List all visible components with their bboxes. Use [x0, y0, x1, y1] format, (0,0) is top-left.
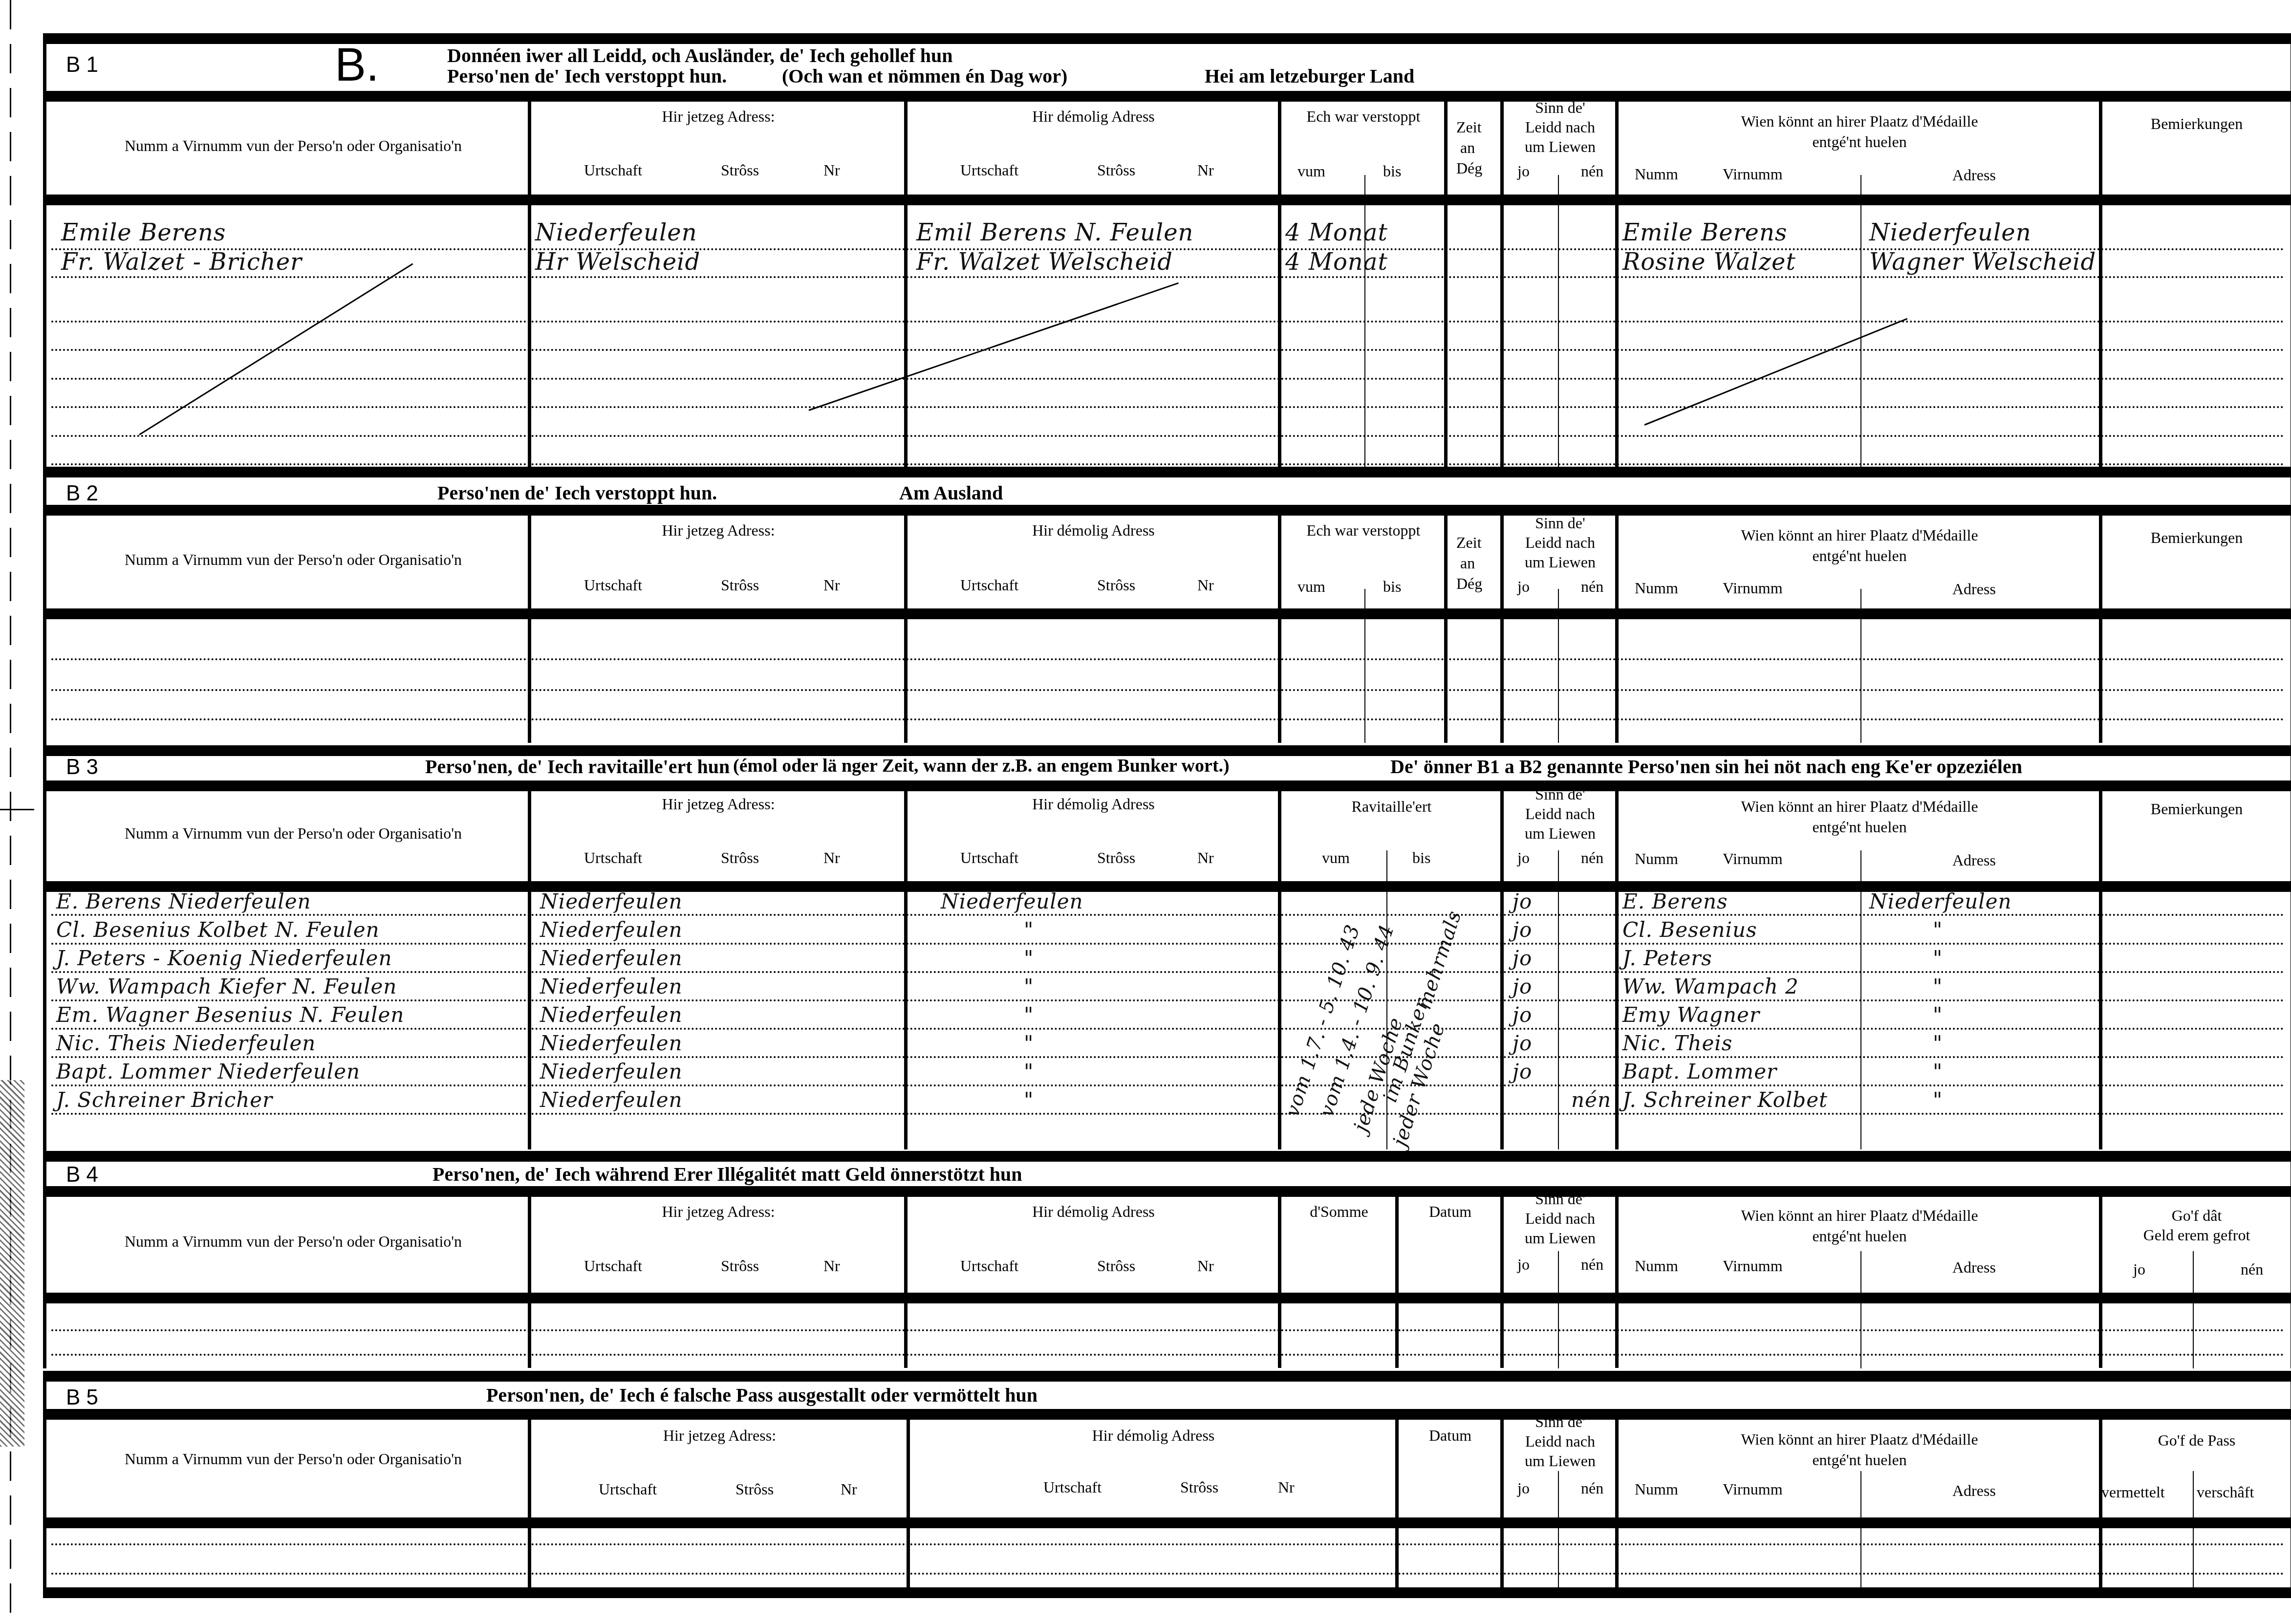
entry-medal-name: E. Berens [1622, 889, 1728, 913]
entry-line [51, 1573, 2286, 1575]
col-rule [1500, 1192, 1504, 1368]
entry-current-address: Niederfeulen [540, 946, 683, 970]
scan-noise-edge [0, 1080, 24, 1447]
header-yes: jo [1517, 848, 1530, 867]
entry-current-address: Niederfeulen [540, 1088, 683, 1112]
header-alive-3: um Liewen [1505, 137, 1615, 156]
entry-current-address: Niederfeulen [540, 1003, 683, 1027]
header-medal-1: Wien könnt an hirer Plaatz d'Médaille [1620, 1429, 2099, 1449]
header-remarks: Bemierkungen [2104, 114, 2290, 133]
entry-former-address-ditto: " [1024, 1088, 1034, 1112]
divider [46, 780, 2291, 791]
header-medal-1: Wien könnt an hirer Plaatz d'Médaille [1620, 797, 2099, 816]
entry-name: Bapt. Lommer Niederfeulen [56, 1060, 360, 1083]
col-rule [2099, 511, 2102, 743]
header-street: Strôss [721, 575, 759, 595]
entry-medal-address-ditto: " [1933, 1088, 1943, 1112]
header-alive-1: Sinn de' [1505, 98, 1615, 117]
entry-line [51, 718, 2286, 720]
header-surname: Numm [1635, 1479, 1678, 1499]
header-number: Nr [823, 160, 840, 180]
header-passport: Go'f de Pass [2104, 1430, 2290, 1450]
header-surname: Numm [1635, 578, 1678, 598]
col-rule [904, 96, 908, 467]
header-number: Nr [1197, 848, 1214, 867]
entry-medal-address-ditto: " [1933, 946, 1943, 970]
entry-line [51, 276, 2286, 278]
entry-medal-address-ditto: " [1933, 1003, 1943, 1027]
entry-line [51, 463, 2286, 465]
header-alive-1: Sinn de' [1505, 1412, 1615, 1431]
col-rule [528, 96, 531, 467]
header-firstname: Virnumm [1723, 1479, 1783, 1499]
header-current-address: Hir jetzeg Adress: [533, 520, 904, 540]
entry-medal-name: J. Peters [1622, 946, 1712, 970]
header-hidden-period: Ech war verstoppt [1283, 520, 1444, 540]
entry-line [51, 1028, 2286, 1030]
divider [46, 1371, 2291, 1382]
header-alive-2: Leidd nach [1505, 1431, 1615, 1451]
header-medal-2: entgé'nt huelen [1620, 1226, 2099, 1246]
section-title-instruction: De' önner B1 a B2 genannte Perso'nen sin… [1390, 755, 2022, 778]
entry-period: 4 Monat [1285, 248, 1388, 276]
header-number: Nr [1278, 1477, 1295, 1497]
entry-medal-address-ditto: " [1933, 1060, 1943, 1083]
header-to: bis [1383, 577, 1401, 596]
entry-name: Cl. Besenius Kolbet N. Feulen [56, 918, 380, 942]
header-surname: Numm [1635, 849, 1678, 868]
header-address: Adress [1952, 1257, 1996, 1277]
header-date: Datum [1400, 1202, 1500, 1221]
section-title-note: (Och wan et nömmen én Dag wor) [782, 65, 1067, 87]
header-medal-1: Wien könnt an hirer Plaatz d'Médaille [1620, 111, 2099, 131]
section-b1: B 1 B. Donnéen iwer all Leidd, och Auslä… [43, 33, 2291, 468]
entry-current-address: Niederfeulen [540, 889, 683, 913]
divider [46, 1293, 2291, 1303]
part-letter: B. [335, 38, 379, 92]
entry-name: Emile Berens [61, 219, 226, 246]
header-place: Urtschaft [960, 575, 1018, 595]
header-address: Adress [1952, 165, 1996, 185]
header-number: Nr [1197, 1256, 1214, 1276]
entry-line [51, 689, 2286, 691]
entry-medal-address: Wagner Welscheid [1869, 248, 2096, 276]
header-date: Datum [1400, 1426, 1500, 1445]
header-former-address: Hir démolig Adress [911, 1426, 1395, 1445]
header-place: Urtschaft [584, 160, 642, 180]
entry-line [51, 406, 2286, 408]
header-surname: Numm [1635, 164, 1678, 184]
entry-name: Ww. Wampach Kiefer N. Feulen [56, 974, 397, 998]
strike-through-mark [809, 282, 1179, 411]
header-place: Urtschaft [960, 160, 1018, 180]
header-alive-2: Leidd nach [1505, 804, 1615, 823]
header-from: vum [1322, 848, 1350, 867]
header-supplied: Ravitaille'ert [1283, 797, 1500, 816]
header-name: Numm a Virnumm vun der Perso'n oder Orga… [61, 823, 525, 843]
entry-medal-name: Ww. Wampach 2 [1622, 974, 1799, 998]
header-yes: jo [1517, 1255, 1530, 1274]
entry-name: J. Peters - Koenig Niederfeulen [56, 946, 392, 970]
header-firstname: Virnumm [1723, 578, 1783, 598]
header-street: Strôss [1097, 1256, 1135, 1276]
col-rule [1444, 96, 1448, 467]
entry-name: Nic. Theis Niederfeulen [56, 1031, 316, 1055]
col-rule [1278, 511, 1281, 743]
col-rule [1395, 1535, 1399, 1588]
section-b3: B 3 Perso'nen, de' Iech ravitaille'ert h… [43, 745, 2291, 1151]
divider [46, 1587, 2291, 1598]
divider [46, 33, 2291, 44]
entry-line [51, 1056, 2286, 1058]
header-money-returned-1: Go'f dât [2104, 1206, 2290, 1225]
entry-medal-name: Bapt. Lommer [1622, 1060, 1777, 1083]
entry-alive-no: nén [1571, 1088, 1611, 1112]
section-b5-rows [43, 1535, 2291, 1598]
header-from: vum [1297, 161, 1325, 181]
header-number: Nr [1197, 575, 1214, 595]
col-rule [1444, 511, 1448, 743]
entry-line [51, 1354, 2286, 1356]
entry-line [51, 378, 2286, 380]
entry-current-address: Niederfeulen [540, 918, 683, 942]
col-rule [1278, 96, 1281, 467]
header-street: Strôss [1097, 575, 1135, 595]
entry-supply-note: mehrmals [1413, 908, 1466, 1012]
header-alive-3: um Liewen [1505, 823, 1615, 843]
header-no: nén [1581, 577, 1603, 596]
entry-former-address-ditto: " [1024, 1003, 1034, 1027]
entry-medal-name: Nic. Theis [1622, 1031, 1732, 1055]
header-alive-1: Sinn de' [1505, 1189, 1615, 1209]
col-rule [1500, 96, 1504, 467]
header-remarks: Bemierkungen [2104, 799, 2290, 819]
section-title: Person'nen, de' Iech é falsche Pass ausg… [486, 1384, 1037, 1407]
section-code: B 5 [66, 1386, 98, 1410]
entry-former-address: Fr. Walzet Welscheid [916, 248, 1173, 276]
header-place: Urtschaft [960, 1256, 1018, 1276]
col-rule [528, 511, 531, 743]
entry-medal-name: Cl. Besenius [1622, 918, 1757, 942]
header-alive-3: um Liewen [1505, 552, 1615, 572]
header-current-address: Hir jetzeg Adress: [533, 1202, 904, 1221]
entry-alive-yes: jo [1513, 974, 1532, 998]
divider [46, 91, 2291, 102]
header-alive-2: Leidd nach [1505, 533, 1615, 552]
divider [46, 1409, 2291, 1420]
header-alive-1: Sinn de' [1505, 784, 1615, 804]
col-rule [528, 1415, 531, 1535]
divider [46, 1517, 2291, 1528]
header-name: Numm a Virnumm vun der Perso'n oder Orga… [61, 1232, 525, 1251]
col-rule [1615, 1415, 1619, 1535]
header-current-address: Hir jetzeg Adress: [533, 1426, 907, 1445]
header-alive-2: Leidd nach [1505, 117, 1615, 137]
header-medal-2: entgé'nt huelen [1620, 546, 2099, 565]
divider [46, 745, 2291, 756]
header-street: Strôss [721, 160, 759, 180]
col-rule [1615, 785, 1619, 1149]
entry-former-address-ditto: " [1024, 1060, 1034, 1083]
header-street: Strôss [721, 1256, 759, 1276]
entry-alive-yes: jo [1513, 1003, 1532, 1027]
col-rule [2099, 1415, 2102, 1535]
divider [46, 505, 2291, 516]
section-title: Perso'nen, de' Iech während Erer Illégal… [432, 1163, 1022, 1186]
entry-current-address: Niederfeulen [535, 219, 697, 246]
header-street: Strôss [1180, 1477, 1218, 1497]
col-rule [528, 1535, 531, 1588]
header-days-2: an [1460, 553, 1475, 573]
entry-line [51, 914, 2286, 916]
header-street: Strôss [721, 848, 759, 867]
section-title-line1: Donnéen iwer all Leidd, och Ausländer, d… [447, 44, 953, 67]
divider [46, 1151, 2291, 1162]
entry-name: E. Berens Niederfeulen [56, 889, 311, 913]
entry-alive-yes: jo [1513, 918, 1532, 942]
header-yes: jo [1517, 161, 1530, 181]
header-medal-2: entgé'nt huelen [1620, 1450, 2099, 1470]
entry-name: J. Schreiner Bricher [56, 1088, 273, 1112]
entry-medal-address-ditto: " [1933, 1031, 1943, 1055]
header-firstname: Virnumm [1723, 164, 1783, 184]
section-code: B 1 [66, 53, 98, 77]
header-name: Numm a Virnumm vun der Perso'n oder Orga… [61, 550, 525, 569]
col-rule [1615, 511, 1619, 743]
section-b4: B 4 Perso'nen, de' Iech während Erer Ill… [43, 1151, 2291, 1368]
header-name: Numm a Virnumm vun der Perso'n oder Orga… [61, 1449, 525, 1469]
entry-medal-address-ditto: " [1933, 918, 1943, 942]
header-former-address: Hir démolig Adress [909, 107, 1278, 126]
header-firstname: Virnumm [1723, 849, 1783, 868]
header-remarks: Bemierkungen [2104, 528, 2290, 547]
header-no: nén [2241, 1259, 2263, 1279]
entry-line [51, 321, 2286, 323]
header-number: Nr [1197, 160, 1214, 180]
divider [46, 1186, 2291, 1197]
header-sum: d'Somme [1283, 1202, 1395, 1221]
col-rule [1500, 1535, 1504, 1588]
entry-name: Em. Wagner Besenius N. Feulen [56, 1003, 404, 1027]
scanned-form-page: B 1 B. Donnéen iwer all Leidd, och Auslä… [0, 0, 2291, 1624]
header-place: Urtschaft [960, 848, 1018, 867]
entry-former-address: Niederfeulen [941, 889, 1083, 913]
header-no: nén [1581, 1255, 1603, 1274]
entry-medal-address-ditto: " [1933, 974, 1943, 998]
entry-alive-yes: jo [1513, 1060, 1532, 1083]
entry-line [51, 999, 2286, 1001]
header-days-1: Zeit [1456, 117, 1482, 137]
entry-former-address-ditto: " [1024, 974, 1034, 998]
header-mediated: vermettelt [2101, 1482, 2165, 1502]
entry-alive-yes: jo [1513, 1031, 1532, 1055]
entry-alive-yes: jo [1513, 889, 1532, 913]
header-place: Urtschaft [584, 848, 642, 867]
header-alive-2: Leidd nach [1505, 1209, 1615, 1228]
col-rule-thin [1558, 1535, 1559, 1588]
header-alive-1: Sinn de' [1505, 513, 1615, 533]
header-street: Strôss [735, 1479, 774, 1499]
entry-alive-yes: jo [1513, 946, 1532, 970]
entry-line [51, 435, 2286, 437]
col-rule [1615, 1535, 1619, 1588]
header-street: Strôss [1097, 160, 1135, 180]
header-name: Numm a Virnumm vun der Perso'n oder Orga… [61, 136, 525, 155]
header-procured: verschâft [2197, 1482, 2254, 1502]
header-medal-1: Wien könnt an hirer Plaatz d'Médaille [1620, 525, 2099, 545]
entry-line [51, 971, 2286, 973]
col-rule [904, 785, 908, 1149]
col-rule-thin [2193, 1251, 2194, 1368]
header-address: Adress [1952, 579, 1996, 599]
col-rule [1395, 1192, 1399, 1368]
section-title: Perso'nen, de' Iech ravitaille'ert hun [425, 755, 730, 778]
section-title: Perso'nen de' Iech verstoppt hun. [437, 481, 717, 504]
header-no: nén [1581, 848, 1603, 867]
col-rule [2099, 1535, 2102, 1588]
entry-former-address-ditto: " [1024, 946, 1034, 970]
section-code: B 3 [66, 755, 98, 780]
header-hidden-period: Ech war verstoppt [1283, 107, 1444, 126]
header-yes: jo [1517, 1478, 1530, 1498]
header-days-3: Dég [1456, 158, 1482, 178]
entry-line [51, 1329, 2286, 1331]
entry-medal-address: Niederfeulen [1869, 219, 2032, 246]
entry-medal-name: Rosine Walzet [1622, 248, 1796, 276]
col-rule [1500, 1415, 1504, 1535]
col-rule [907, 1415, 910, 1535]
header-yes: jo [2133, 1259, 2145, 1279]
entry-former-address-ditto: " [1024, 918, 1034, 942]
col-rule [2099, 785, 2102, 1149]
col-rule-thin [1860, 1535, 1861, 1588]
col-rule [1615, 1192, 1619, 1368]
header-current-address: Hir jetzeg Adress: [533, 794, 904, 814]
section-title-line2: Perso'nen de' Iech verstoppt hun. [447, 65, 727, 87]
header-no: nén [1581, 1478, 1603, 1498]
col-rule-thin [1860, 1251, 1861, 1368]
header-address: Adress [1952, 1481, 1996, 1500]
header-former-address: Hir démolig Adress [909, 1202, 1278, 1221]
entry-name: Fr. Walzet - Bricher [61, 248, 302, 276]
strike-through-mark [1644, 318, 1907, 426]
col-rule [907, 1535, 910, 1588]
col-rule [904, 511, 908, 743]
header-days-2: an [1460, 138, 1475, 157]
entry-current-address: Hr Welscheid [535, 248, 700, 276]
section-title-location: Am Ausland [899, 481, 1003, 504]
header-money-returned-2: Geld erem gefrot [2104, 1225, 2290, 1245]
entry-former-address-ditto: " [1024, 1031, 1034, 1055]
col-rule [2099, 96, 2102, 467]
entry-medal-name: Emy Wagner [1622, 1003, 1760, 1027]
section-code: B 2 [66, 481, 98, 506]
header-place: Urtschaft [1043, 1477, 1102, 1497]
entry-medal-address: Niederfeulen [1869, 889, 2012, 913]
header-place: Urtschaft [584, 575, 642, 595]
header-to: bis [1412, 848, 1430, 867]
header-former-address: Hir démolig Adress [909, 794, 1278, 814]
col-rule-thin [1558, 1251, 1559, 1368]
col-rule [1395, 1415, 1399, 1535]
col-rule [1500, 785, 1504, 1149]
header-to: bis [1383, 161, 1401, 181]
header-medal-2: entgé'nt huelen [1620, 132, 2099, 152]
col-rule [528, 1192, 531, 1368]
divider [46, 467, 2291, 477]
header-street: Strôss [1097, 848, 1135, 867]
header-yes: jo [1517, 577, 1530, 596]
col-rule [1500, 511, 1504, 743]
header-place: Urtschaft [599, 1479, 657, 1499]
header-alive-3: um Liewen [1505, 1228, 1615, 1248]
header-firstname: Virnumm [1723, 1256, 1783, 1276]
divider [46, 195, 2291, 205]
entry-line [51, 658, 2286, 660]
header-number: Nr [841, 1479, 857, 1499]
divider [46, 608, 2291, 619]
entry-current-address: Niederfeulen [540, 1031, 683, 1055]
entry-line [51, 943, 2286, 945]
header-days-1: Zeit [1456, 533, 1482, 552]
header-former-address: Hir démolig Adress [909, 520, 1278, 540]
header-number: Nr [823, 848, 840, 867]
section-code: B 4 [66, 1163, 98, 1187]
col-rule [528, 785, 531, 1149]
section-b5: B 5 Person'nen, de' Iech é falsche Pass … [43, 1371, 2291, 1535]
entry-line [51, 1113, 2286, 1115]
col-rule [1615, 96, 1619, 467]
header-from: vum [1297, 577, 1325, 596]
header-number: Nr [823, 575, 840, 595]
header-no: nén [1581, 161, 1603, 181]
header-current-address: Hir jetzeg Adress: [533, 107, 904, 126]
entry-medal-name: J. Schreiner Kolbet [1622, 1088, 1828, 1112]
section-b2: B 2 Perso'nen de' Iech verstoppt hun. Am… [43, 467, 2291, 745]
header-place: Urtschaft [584, 1256, 642, 1276]
col-rule [1278, 785, 1281, 1149]
header-medal-2: entgé'nt huelen [1620, 817, 2099, 837]
header-address: Adress [1952, 850, 1996, 870]
col-rule [2099, 1192, 2102, 1368]
registration-mark [0, 809, 34, 810]
entry-former-address: Emil Berens N. Feulen [916, 219, 1193, 246]
header-number: Nr [823, 1256, 840, 1276]
section-title-note: (émol oder lä nger Zeit, wann der z.B. a… [733, 755, 1230, 777]
entry-medal-name: Emile Berens [1622, 219, 1788, 246]
header-days-3: Dég [1456, 574, 1482, 593]
header-alive-3: um Liewen [1505, 1451, 1615, 1471]
col-rule [1278, 1192, 1281, 1368]
section-title-location: Hei am letzeburger Land [1205, 65, 1414, 87]
entry-line [51, 1543, 2286, 1545]
entry-current-address: Niederfeulen [540, 974, 683, 998]
entry-line [51, 1084, 2286, 1086]
entry-period: 4 Monat [1285, 219, 1388, 246]
col-rule [904, 1192, 908, 1368]
header-medal-1: Wien könnt an hirer Plaatz d'Médaille [1620, 1206, 2099, 1225]
entry-line [51, 349, 2286, 351]
entry-current-address: Niederfeulen [540, 1060, 683, 1083]
header-surname: Numm [1635, 1256, 1678, 1276]
col-rule-thin [2193, 1535, 2194, 1588]
